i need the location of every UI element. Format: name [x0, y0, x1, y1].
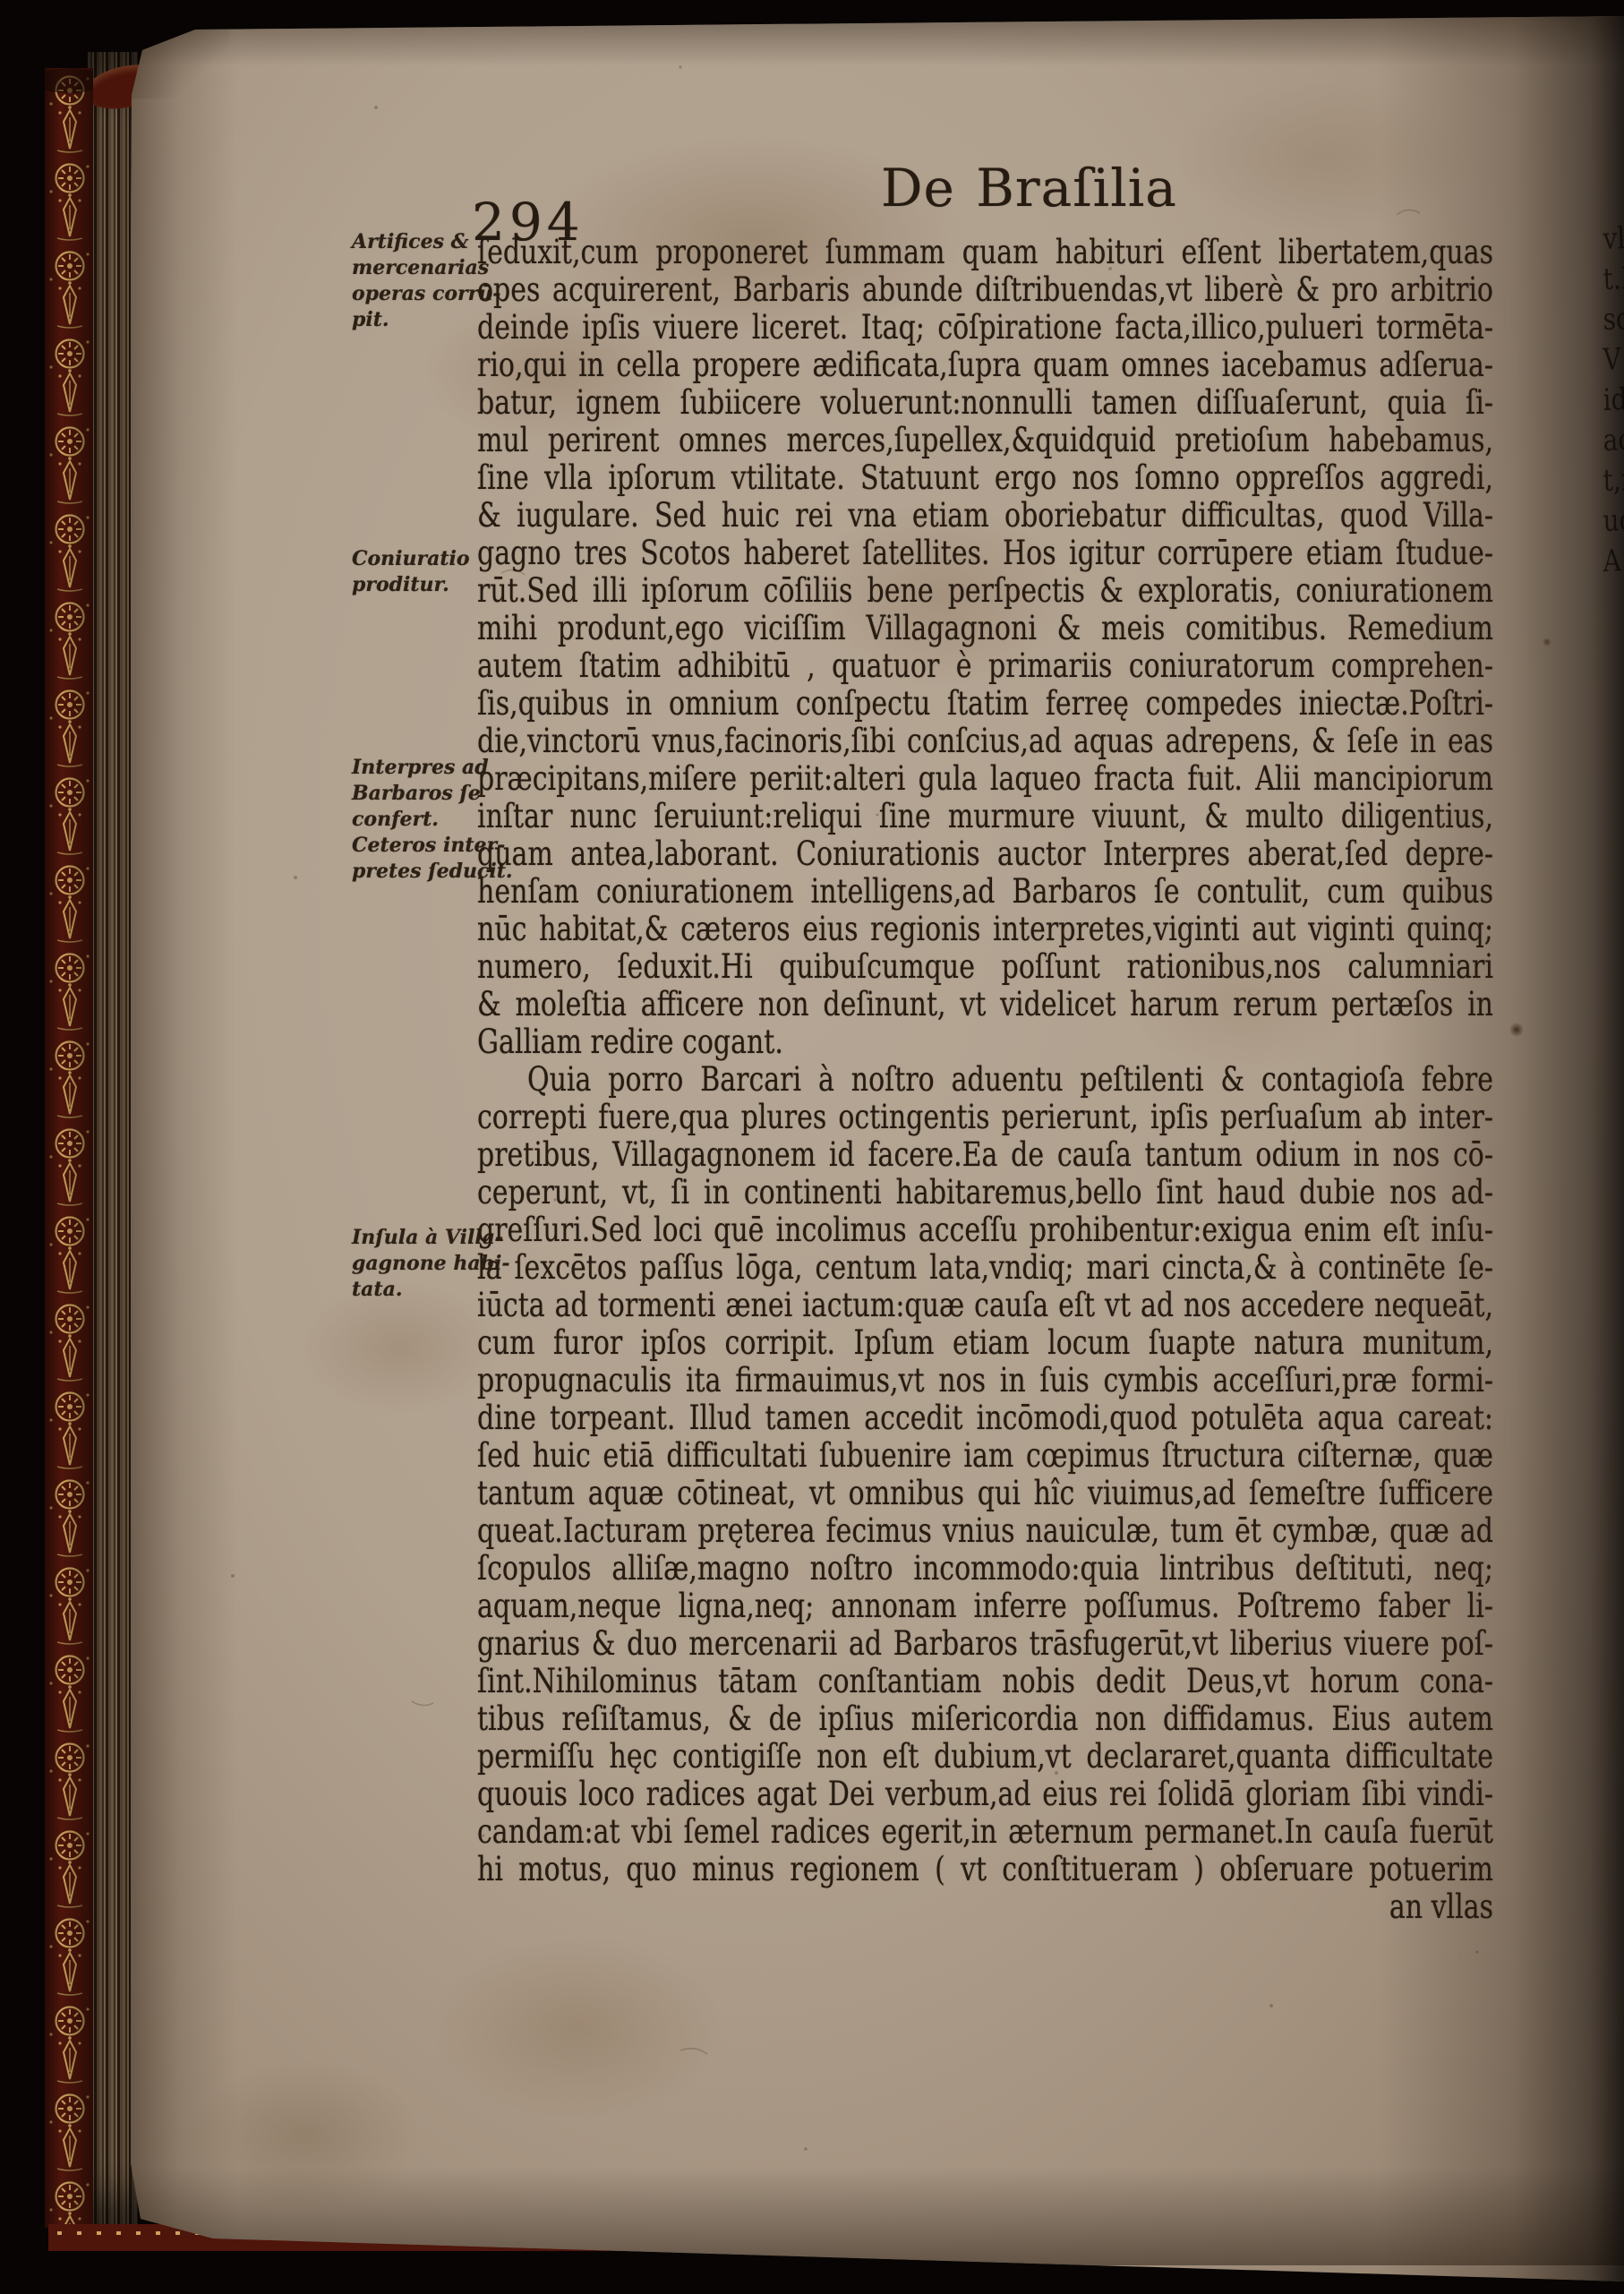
running-title: De Braſilia	[881, 158, 1177, 218]
margin-note: Ceteros inter-pretes ſeducit.	[352, 833, 466, 885]
margin-note-line: tata.	[352, 1277, 466, 1303]
margin-note-line: Interpres ad	[352, 755, 466, 781]
margin-note-line: Coniuratio	[352, 546, 466, 572]
margin-note-line: gagnone habi-	[352, 1251, 466, 1277]
page-leaves-edge	[88, 52, 138, 2230]
margin-note-line: pretes ſeducit.	[352, 859, 466, 885]
margin-note-line: pit.	[352, 307, 466, 333]
margin-note: Inſula à Villa-gagnone habi-tata.	[352, 1225, 466, 1303]
margin-note-line: Ceteros inter-	[352, 833, 466, 859]
book-photo-stage: 294 De Braſilia Artifices &mercenariasop…	[0, 0, 1624, 2294]
margin-note-line: operas corrū-	[352, 281, 466, 307]
paper-page: 294 De Braſilia Artifices &mercenariasop…	[0, 0, 1624, 2294]
catchword: an vllas	[477, 1889, 1493, 1927]
margin-note-line: proditur.	[352, 572, 466, 598]
margin-note-line: Inſula à Villa-	[352, 1225, 466, 1251]
margin-note-line: Artifices &	[352, 229, 466, 255]
margin-note: Coniuratioproditur.	[352, 546, 466, 598]
margin-note-line: mercenarias	[352, 255, 466, 281]
margin-note-line: Barbaros ſe	[352, 781, 466, 807]
margin-note-line: confert.	[352, 807, 466, 833]
page-curl-shadow	[1379, 0, 1624, 2294]
margin-note: Interpres adBarbaros ſeconfert.	[352, 755, 466, 833]
book-binding-gilt-edge	[45, 68, 93, 2228]
margin-note: Artifices &mercenariasoperas corrū-pit.	[352, 229, 466, 333]
gutter-shadow	[131, 0, 238, 2294]
